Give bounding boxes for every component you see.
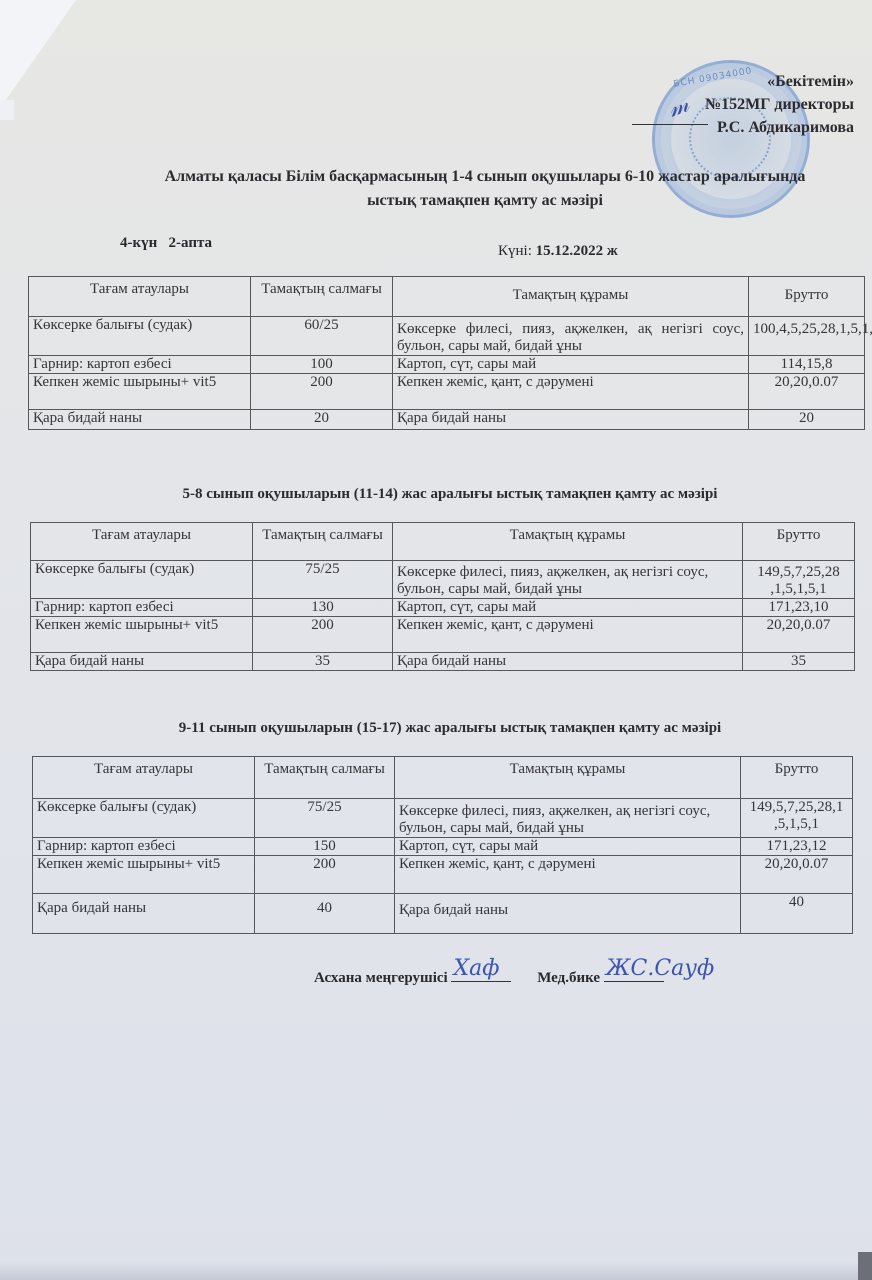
dish-weight: 75/25 xyxy=(253,561,393,599)
dish-weight: 60/25 xyxy=(251,317,393,356)
dish-name: Қара бидай наны xyxy=(29,410,251,430)
page-bottom-edge xyxy=(0,1262,872,1280)
col-header-name: Тағам атаулары xyxy=(31,523,253,561)
director-signature-line xyxy=(632,124,708,125)
table-row: Қара бидай наны 35 Қара бидай наны 35 xyxy=(31,653,855,671)
date-value: 15.12.2022 ж xyxy=(536,243,618,259)
dish-weight: 130 xyxy=(253,599,393,617)
col-header-name: Тағам атаулары xyxy=(33,757,255,799)
title-line-1: Алматы қаласы Білім басқармасының 1-4 сы… xyxy=(110,165,860,189)
document-title: Алматы қаласы Білім басқармасының 1-4 сы… xyxy=(110,165,860,213)
nurse-signature-line: ЖС.Сауф xyxy=(604,981,664,982)
menu-table-grades-9-11: Тағам атаулары Тамақтың салмағы Тамақтың… xyxy=(32,756,853,934)
col-header-weight: Тамақтың салмағы xyxy=(253,523,393,561)
dish-composition: Кепкен жеміс, қант, с дәрумені xyxy=(393,374,749,410)
folded-corner xyxy=(0,0,76,108)
dish-brutto: 171,23,12 xyxy=(741,838,853,856)
dish-brutto: 20,20,0.07 xyxy=(749,374,865,410)
col-header-composition: Тамақтың құрамы xyxy=(393,523,743,561)
table-header-row: Тағам атаулары Тамақтың салмағы Тамақтың… xyxy=(33,757,853,799)
dish-name: Көксерке балығы (судак) xyxy=(31,561,253,599)
col-header-composition: Тамақтың құрамы xyxy=(395,757,741,799)
dish-weight: 200 xyxy=(251,374,393,410)
table-row: Кепкен жеміс шырыны+ vit5 200 Кепкен жем… xyxy=(29,374,865,410)
dish-name: Гарнир: картоп езбесі xyxy=(31,599,253,617)
dish-composition: Кепкен жеміс, қант, с дәрумені xyxy=(395,856,741,894)
dish-name: Кепкен жеміс шырыны+ vit5 xyxy=(31,617,253,653)
table-row: Кепкен жеміс шырыны+ vit5 200 Кепкен жем… xyxy=(33,856,853,894)
table-row: Қара бидай наны 40 Қара бидай наны 40 xyxy=(33,894,853,934)
dish-weight: 40 xyxy=(255,894,395,934)
dish-composition: Картоп, сүт, сары май xyxy=(395,838,741,856)
dish-name: Қара бидай наны xyxy=(31,653,253,671)
col-header-name: Тағам атаулары xyxy=(29,277,251,317)
menu-table-grades-1-4: Тағам атаулары Тамақтың салмағы Тамақтың… xyxy=(28,276,865,430)
document-page: БСН 09034000 𝓂 «Бекітемін» №152МГ директ… xyxy=(0,0,872,1280)
col-header-weight: Тамақтың салмағы xyxy=(255,757,395,799)
dish-brutto: 20,20,0.07 xyxy=(743,617,855,653)
dish-name: Гарнир: картоп езбесі xyxy=(33,838,255,856)
dish-composition: Картоп, сүт, сары май xyxy=(393,599,743,617)
table-row: Гарнир: картоп езбесі 150 Картоп, сүт, с… xyxy=(33,838,853,856)
table-header-row: Тағам атаулары Тамақтың салмағы Тамақтың… xyxy=(31,523,855,561)
table-row: Көксерке балығы (судак) 60/25 Көксерке ф… xyxy=(29,317,865,356)
dish-brutto: 100,4,5,25,28,1,5,1,5,1 xyxy=(749,317,865,356)
col-header-weight: Тамақтың салмағы xyxy=(251,277,393,317)
dish-composition: Көксерке филесі, пияз, ақжелкен, ақ негі… xyxy=(395,799,741,838)
dish-weight: 100 xyxy=(251,356,393,374)
dish-name: Көксерке балығы (судак) xyxy=(33,799,255,838)
dish-weight: 20 xyxy=(251,410,393,430)
dish-weight: 200 xyxy=(255,856,395,894)
table-row: Кепкен жеміс шырыны+ vit5 200 Кепкен жем… xyxy=(31,617,855,653)
section-title-grades-9-11: 9-11 сынып оқушыларын (15-17) жас аралығ… xyxy=(60,720,840,737)
dish-brutto: 149,5,7,25,28,1 ,5,1,5,1 xyxy=(741,799,853,838)
approval-position: №152МГ директоры xyxy=(705,93,854,116)
dish-brutto: 20 xyxy=(749,410,865,430)
kitchen-head-label: Асхана меңгерушісі xyxy=(314,970,448,986)
dish-composition: Қара бидай наны xyxy=(395,894,741,934)
dish-weight: 75/25 xyxy=(255,799,395,838)
table-header-row: Тағам атаулары Тамақтың салмағы Тамақтың… xyxy=(29,277,865,317)
dish-weight: 35 xyxy=(253,653,393,671)
dish-name: Қара бидай наны xyxy=(33,894,255,934)
table-row: Гарнир: картоп езбесі 130 Картоп, сүт, с… xyxy=(31,599,855,617)
dish-brutto: 171,23,10 xyxy=(743,599,855,617)
dish-brutto: 40 xyxy=(741,894,853,934)
signature-block: Асхана меңгерушісі Хаф Мед.бике ЖС.Сауф xyxy=(314,970,664,987)
section-title-grades-5-8: 5-8 сынып оқушыларын (11-14) жас аралығы… xyxy=(60,486,840,503)
date-label: Күні: xyxy=(498,243,532,259)
dish-composition: Картоп, сүт, сары май xyxy=(393,356,749,374)
kitchen-head-signature-line: Хаф xyxy=(451,981,511,982)
col-header-brutto: Брутто xyxy=(749,277,865,317)
dish-name: Кепкен жеміс шырыны+ vit5 xyxy=(33,856,255,894)
dish-brutto: 149,5,7,25,28 ,1,5,1,5,1 xyxy=(743,561,855,599)
dish-brutto: 35 xyxy=(743,653,855,671)
approval-heading: «Бекітемін» xyxy=(705,70,854,93)
dish-composition: Көксерке филесі, пияз, ақжелкен, ақ негі… xyxy=(393,561,743,599)
dish-composition: Қара бидай наны xyxy=(393,410,749,430)
dish-composition: Көксерке филесі, пияз, ақжелкен, ақ негі… xyxy=(393,317,749,356)
table-row: Гарнир: картоп езбесі 100 Картоп, сүт, с… xyxy=(29,356,865,374)
col-header-brutto: Брутто xyxy=(741,757,853,799)
dish-composition: Кепкен жеміс, қант, с дәрумені xyxy=(393,617,743,653)
col-header-composition: Тамақтың құрамы xyxy=(393,277,749,317)
date-line: Күні: 15.12.2022 ж xyxy=(498,243,618,260)
background-corner xyxy=(858,1252,872,1280)
title-line-2: ыстық тамақпен қамту ас мәзірі xyxy=(110,189,860,213)
col-header-brutto: Брутто xyxy=(743,523,855,561)
dish-weight: 200 xyxy=(253,617,393,653)
dish-brutto: 114,15,8 xyxy=(749,356,865,374)
folded-corner-edge xyxy=(0,100,14,120)
menu-table-grades-5-8: Тағам атаулары Тамақтың салмағы Тамақтың… xyxy=(30,522,855,671)
dish-name: Кепкен жеміс шырыны+ vit5 xyxy=(29,374,251,410)
dish-name: Көксерке балығы (судак) xyxy=(29,317,251,356)
table-row: Көксерке балығы (судак) 75/25 Көксерке ф… xyxy=(31,561,855,599)
approval-block: «Бекітемін» №152МГ директоры Р.С. Абдика… xyxy=(705,70,854,139)
table-row: Көксерке балығы (судак) 75/25 Көксерке ф… xyxy=(33,799,853,838)
nurse-label: Мед.бике xyxy=(537,970,600,986)
kitchen-head-signature: Хаф xyxy=(453,956,499,981)
table-row: Қара бидай наны 20 Қара бидай наны 20 xyxy=(29,410,865,430)
dish-composition: Қара бидай наны xyxy=(393,653,743,671)
dish-brutto: 20,20,0.07 xyxy=(741,856,853,894)
nurse-signature: ЖС.Сауф xyxy=(606,956,714,981)
dish-weight: 150 xyxy=(255,838,395,856)
dish-name: Гарнир: картоп езбесі xyxy=(29,356,251,374)
approval-name: Р.С. Абдикаримова xyxy=(705,116,854,139)
day-week: 4-күн 2-апта xyxy=(120,235,212,252)
